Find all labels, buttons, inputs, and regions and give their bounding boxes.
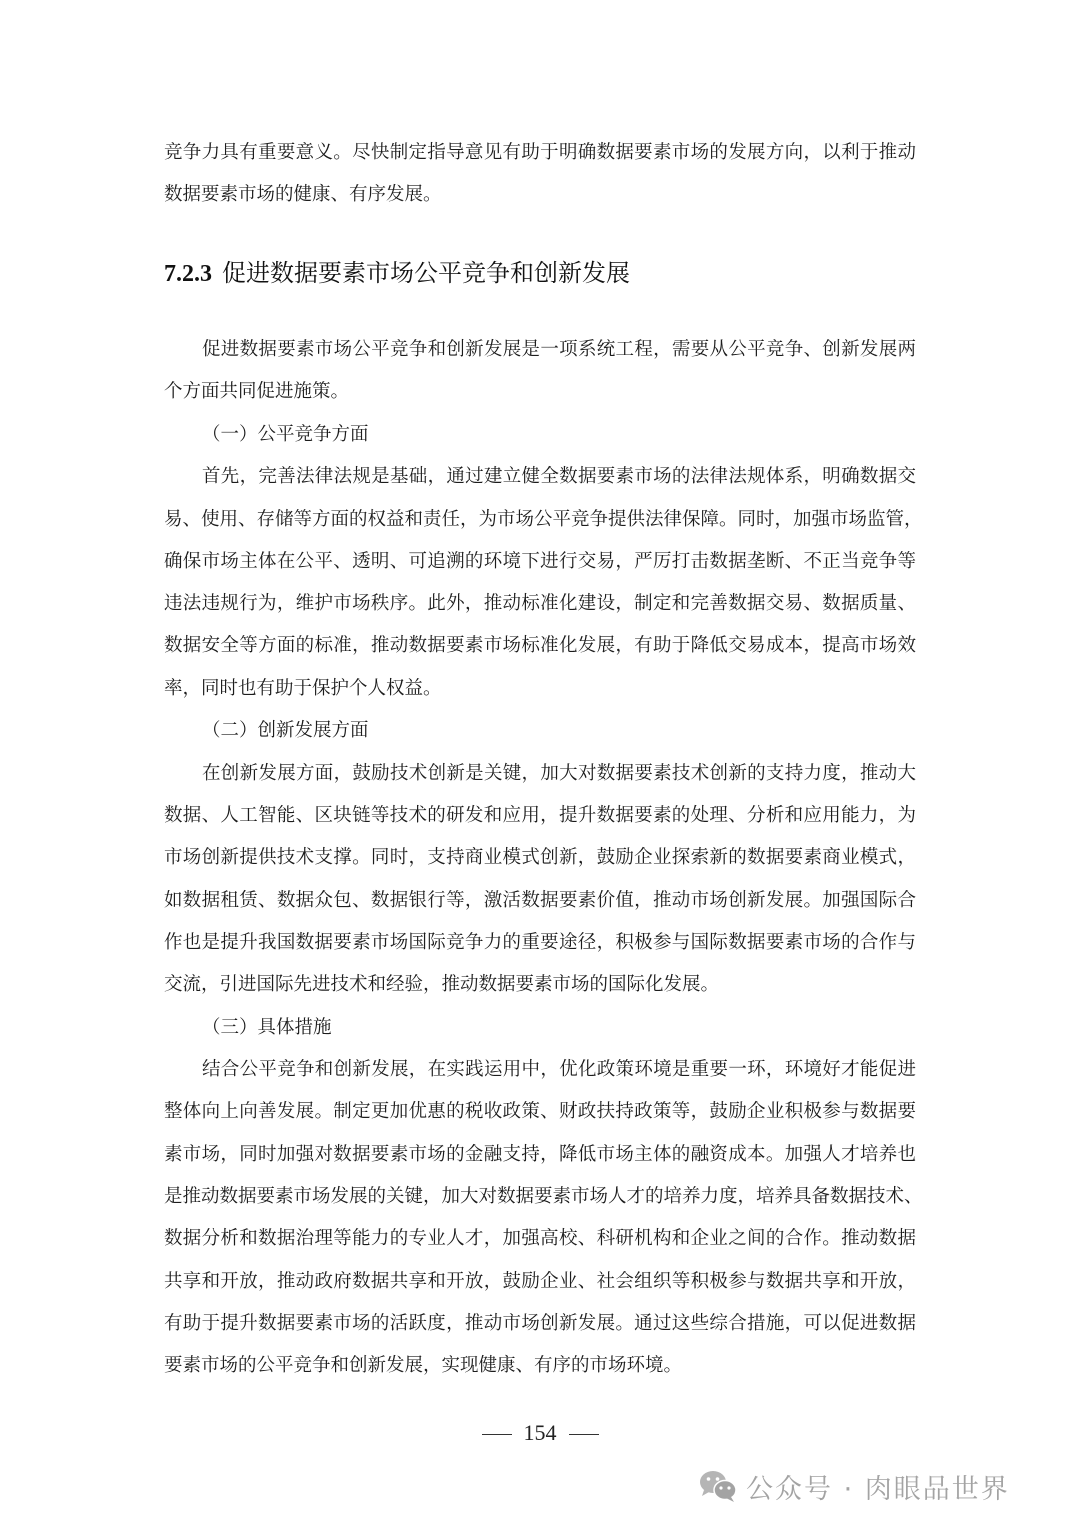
body-line: 要素市场的公平竞争和创新发展，实现健康、有序的市场环境。 bbox=[164, 1354, 916, 1378]
wechat-icon bbox=[698, 1469, 738, 1503]
page-number-value: 154 bbox=[524, 1420, 557, 1445]
intro-line: 数据要素市场的健康、有序发展。 bbox=[164, 183, 916, 207]
body-line: 交流，引进国际先进技术和经验，推动数据要素市场的国际化发展。 bbox=[164, 973, 916, 997]
subsection-heading: （二）创新发展方面 bbox=[202, 719, 369, 743]
intro-line: 竞争力具有重要意义。尽快制定指导意见有助于明确数据要素市场的发展方向，以利于推动 bbox=[164, 141, 916, 165]
subsection-heading: （一）公平竞争方面 bbox=[202, 423, 369, 447]
body-line: 易、使用、存储等方面的权益和责任，为市场公平竞争提供法律保障。同时，加强市场监管… bbox=[164, 508, 916, 532]
body-line: 违法违规行为，维护市场秩序。此外，推动标准化建设，制定和完善数据交易、数据质量、 bbox=[164, 592, 916, 616]
body-line: 如数据租赁、数据众包、数据银行等，激活数据要素价值，推动市场创新发展。加强国际合 bbox=[164, 889, 916, 913]
subsection-heading: （三）具体措施 bbox=[202, 1016, 332, 1040]
body-line: 率，同时也有助于保护个人权益。 bbox=[164, 677, 916, 701]
body-line: 共享和开放，推动政府数据共享和开放，鼓励企业、社会组织等积极参与数据共享和开放， bbox=[164, 1270, 916, 1294]
body-line: 数据分析和数据治理等能力的专业人才，加强高校、科研机构和企业之间的合作。推动数据 bbox=[164, 1227, 916, 1251]
body-line: 市场创新提供技术支撑。同时，支持商业模式创新，鼓励企业探索新的数据要素商业模式， bbox=[164, 846, 916, 870]
body-line: 数据安全等方面的标准，推动数据要素市场标准化发展，有助于降低交易成本，提高市场效 bbox=[164, 634, 916, 658]
dash-left bbox=[482, 1434, 512, 1435]
section-title: 促进数据要素市场公平竞争和创新发展 bbox=[222, 259, 630, 287]
page-number: 154 bbox=[0, 1420, 1080, 1446]
overview-line: 促进数据要素市场公平竞争和创新发展是一项系统工程，需要从公平竞争、创新发展两 bbox=[202, 338, 916, 362]
overview-line: 个方面共同促进施策。 bbox=[164, 380, 916, 404]
section-heading: 7.2.3促进数据要素市场公平竞争和创新发展 bbox=[164, 258, 630, 289]
document-page: 竞争力具有重要意义。尽快制定指导意见有助于明确数据要素市场的发展方向，以利于推动… bbox=[0, 0, 1080, 1527]
body-line: 作也是提升我国数据要素市场国际竞争力的重要途径，积极参与国际数据要素市场的合作与 bbox=[164, 931, 916, 955]
body-line: 是推动数据要素市场发展的关键，加大对数据要素市场人才的培养力度，培养具备数据技术… bbox=[164, 1185, 916, 1209]
body-line: 确保市场主体在公平、透明、可追溯的环境下进行交易，严厉打击数据垄断、不正当竞争等 bbox=[164, 550, 916, 574]
watermark: 公众号 · 肉眼品世界 bbox=[698, 1466, 1010, 1506]
body-line: 数据、人工智能、区块链等技术的研发和应用，提升数据要素的处理、分析和应用能力，为 bbox=[164, 804, 916, 828]
body-line: 在创新发展方面，鼓励技术创新是关键，加大对数据要素技术创新的支持力度，推动大 bbox=[202, 762, 916, 786]
body-line: 有助于提升数据要素市场的活跃度，推动市场创新发展。通过这些综合措施，可以促进数据 bbox=[164, 1312, 916, 1336]
dash-right bbox=[569, 1434, 599, 1435]
body-line: 素市场，同时加强对数据要素市场的金融支持，降低市场主体的融资成本。加强人才培养也 bbox=[164, 1143, 916, 1167]
body-line: 首先，完善法律法规是基础，通过建立健全数据要素市场的法律法规体系，明确数据交 bbox=[202, 465, 916, 489]
body-line: 结合公平竞争和创新发展，在实践运用中，优化政策环境是重要一环，环境好才能促进 bbox=[202, 1058, 916, 1082]
watermark-text: 公众号 · 肉眼品世界 bbox=[746, 1467, 1010, 1506]
body-line: 整体向上向善发展。制定更加优惠的税收政策、财政扶持政策等，鼓励企业积极参与数据要 bbox=[164, 1100, 916, 1124]
section-number: 7.2.3 bbox=[164, 261, 212, 287]
